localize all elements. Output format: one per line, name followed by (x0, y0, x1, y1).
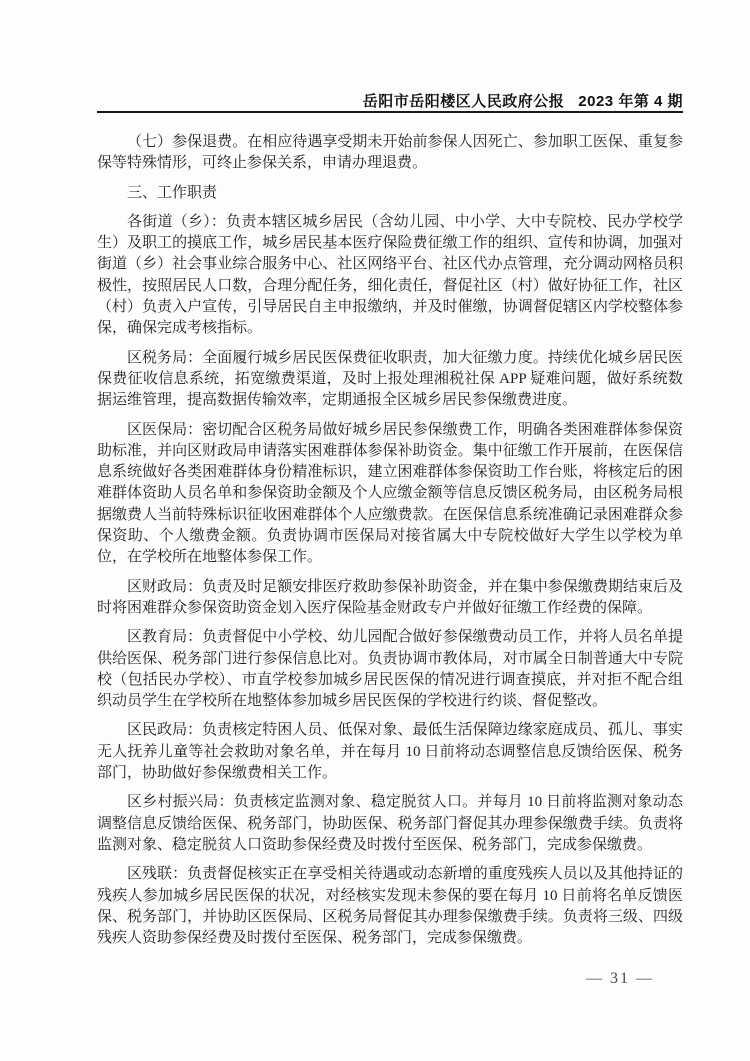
paragraph-streets-townships: 各街道（乡）：负责本辖区城乡居民（含幼儿园、中小学、大中专院校、民办学校学生）及… (97, 212, 683, 340)
paragraph-medical-insurance-bureau: 区医保局：密切配合区税务局做好城乡居民参保缴费工作，明确各类困难群体参保资助标准… (97, 420, 683, 569)
gazette-issue: 2023 年第 4 期 (578, 93, 683, 110)
gazette-page: 岳阳市岳阳楼区人民政府公报2023 年第 4 期 （七）参保退费。在相应待遇享受… (0, 0, 750, 1061)
paragraph-civil-affairs-bureau: 区民政局：负责核定特困人员、低保对象、最低生活保障边缘家庭成员、孤儿、事实无人抚… (97, 720, 683, 784)
paragraph-finance-bureau: 区财政局：负责及时足额安排医疗救助参保补助资金，并在集中参保缴费期结束后及时将困… (97, 577, 683, 620)
paragraph-refund-policy: （七）参保退费。在相应待遇享受期未开始前参保人因死亡、参加职工医保、重复参保等特… (97, 132, 683, 175)
paragraph-tax-bureau: 区税务局：全面履行城乡居民医保费征收职责，加大征缴力度。持续优化城乡居民医保费征… (97, 348, 683, 412)
page-header: 岳阳市岳阳楼区人民政府公报2023 年第 4 期 (97, 90, 683, 111)
paragraph-disabled-persons-federation: 区残联：负责督促核实正在享受相关待遇或动态新增的重度残疾人员以及其他持证的残疾人… (97, 864, 683, 949)
section-heading-work-duties: 三、工作职责 (97, 183, 683, 204)
page-number: — 31 — (555, 970, 685, 988)
document-body: （七）参保退费。在相应待遇享受期未开始前参保人因死亡、参加职工医保、重复参保等特… (97, 132, 683, 957)
paragraph-rural-revitalization-bureau: 区乡村振兴局：负责核定监测对象、稳定脱贫人口。并每月 10 日前将监测对象动态调… (97, 792, 683, 856)
gazette-title: 岳阳市岳阳楼区人民政府公报 (363, 93, 565, 110)
paragraph-education-bureau: 区教育局：负责督促中小学校、幼儿园配合做好参保缴费动员工作，并将人员名单提供给医… (97, 627, 683, 712)
header-rule (97, 111, 683, 113)
